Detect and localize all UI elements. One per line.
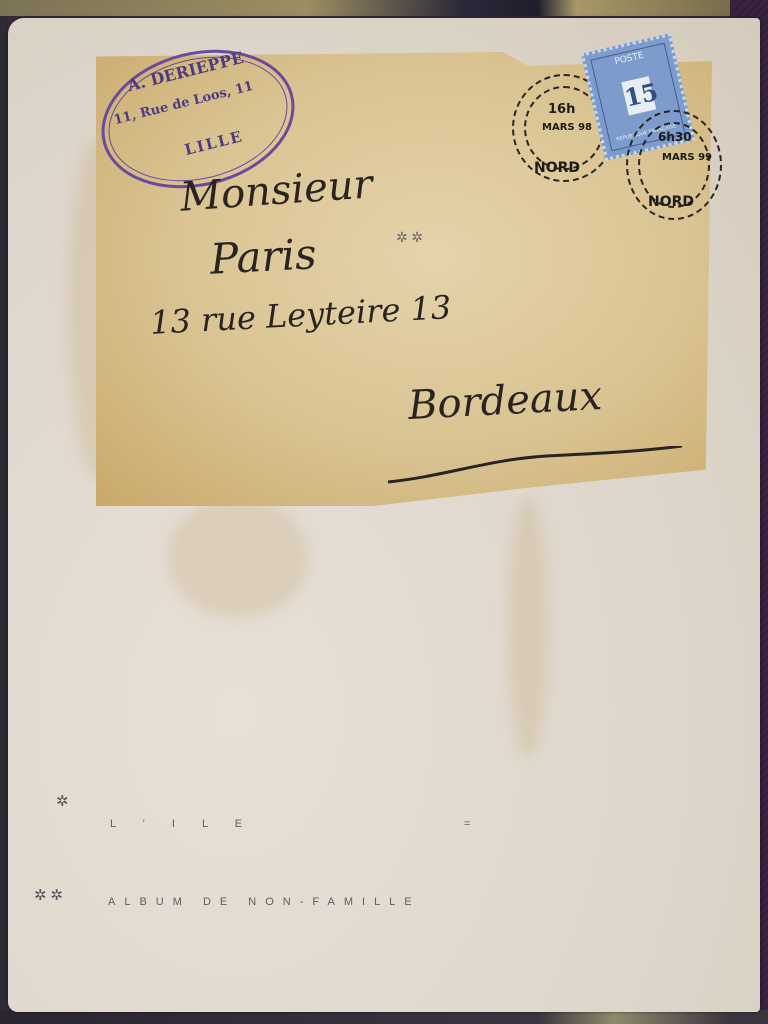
ornament-stars: ✲ ✲ [396,230,423,247]
water-stain [508,498,548,758]
album-top-edge [0,0,768,16]
caption-subtitle: ALBUM DE NON-FAMILLE [108,896,421,908]
water-stain [168,498,308,618]
caption-suffix: = [464,818,482,830]
postmark-right: 6h30 MARS 99 NORD [626,110,722,220]
address-name: Paris [209,229,318,284]
caption-title: L ' I L E [110,818,254,830]
caption-marker: ✲ [56,792,69,811]
city-underline-flourish [386,446,686,486]
album-cover-left [0,16,8,1016]
caption-marker: ✲ ✲ [34,886,63,905]
album-bottom-edge [0,1010,768,1024]
